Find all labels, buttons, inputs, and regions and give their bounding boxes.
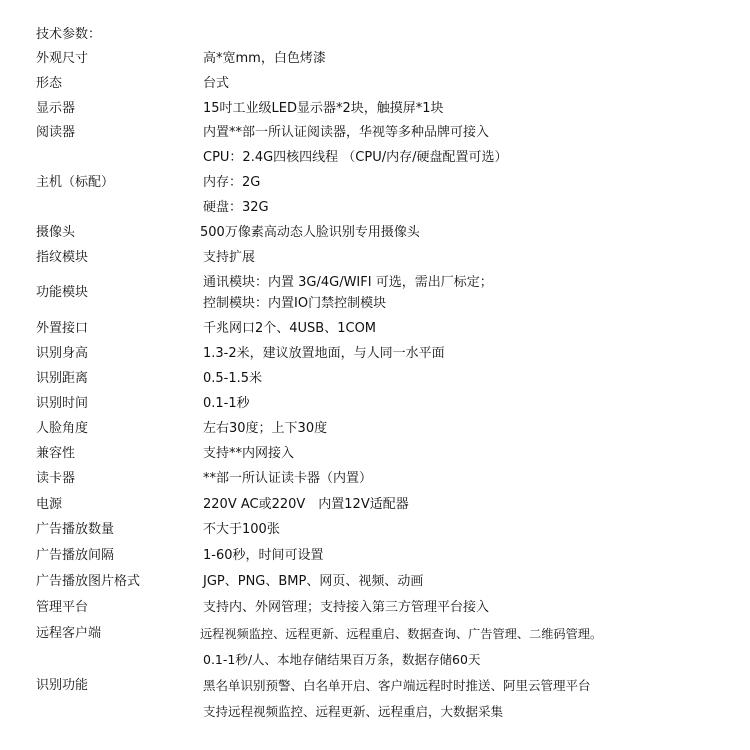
spec-label: 指纹模块 (36, 249, 88, 267)
spec-label: 广告播放图片格式 (36, 573, 140, 591)
spec-value: 1-60秒，时间可设置 (203, 547, 324, 565)
spec-label: 阅读器 (36, 124, 75, 142)
spec-label: 广告播放间隔 (36, 547, 114, 565)
spec-value: 内存：2G (203, 174, 260, 192)
spec-label: 识别身高 (36, 345, 88, 363)
spec-label: 广告播放数量 (36, 521, 114, 539)
spec-value: 支持内、外网管理；支持接入第三方管理平台接入 (203, 599, 489, 617)
spec-value: 支持**内网接入 (203, 445, 294, 463)
spec-value: 0.5-1.5米 (203, 370, 262, 388)
spec-value: 左右30度；上下30度 (203, 420, 327, 438)
spec-value: 1.3-2米，建议放置地面，与人同一水平面 (203, 345, 445, 363)
spec-label: 管理平台 (36, 599, 88, 617)
spec-label: 功能模块 (36, 284, 88, 302)
spec-label: 识别功能 (36, 677, 88, 695)
spec-value: 支持远程视频监控、远程更新、远程重启，大数据采集 (203, 703, 503, 721)
spec-value: 千兆网口2个、4USB、1COM (203, 320, 376, 338)
spec-value: 黑名单识别预警、白名单开启、客户端远程时时推送、阿里云管理平台 (203, 677, 591, 695)
spec-label: 识别距离 (36, 370, 88, 388)
spec-label: 形态 (36, 75, 62, 93)
spec-label: 识别时间 (36, 395, 88, 413)
spec-value: 硬盘：32G (203, 199, 269, 217)
spec-value: CPU：2.4G四核四线程 （CPU/内存/硬盘配置可选） (203, 149, 508, 167)
section-title: 技术参数： (36, 26, 101, 44)
spec-label: 外置接口 (36, 320, 88, 338)
spec-value: JGP、PNG、BMP、网页、视频、动画 (203, 573, 423, 591)
spec-value: 0.1-1秒 (203, 395, 250, 413)
spec-value: 不大于100张 (203, 521, 280, 539)
spec-value: 控制模块：内置IO门禁控制模块 (203, 295, 386, 313)
spec-value: **部一所认证读卡器（内置） (203, 470, 372, 488)
spec-value: 内置**部一所认证阅读器，华视等多种品牌可接入 (203, 124, 489, 142)
spec-value: 0.1-1秒/人、本地存储结果百万条，数据存储60天 (203, 651, 480, 669)
spec-value: 通讯模块：内置 3G/4G/WIFI 可选，需出厂标定； (203, 274, 493, 292)
spec-label: 外观尺寸 (36, 50, 88, 68)
spec-label: 人脸角度 (36, 420, 88, 438)
spec-value: 220V AC或220V 内置12V适配器 (203, 496, 409, 514)
spec-label: 电源 (36, 496, 62, 514)
spec-label: 显示器 (36, 100, 75, 118)
spec-label: 主机（标配） (36, 174, 114, 192)
spec-value: 500万像素高动态人脸识别专用摄像头 (200, 224, 420, 242)
spec-document: 技术参数： 外观尺寸 高*宽mm，白色烤漆 形态 台式 显示器 15吋工业级LE… (0, 0, 750, 750)
spec-label: 摄像头 (36, 224, 75, 242)
spec-value: 支持扩展 (203, 249, 255, 267)
spec-value: 远程视频监控、远程更新、远程重启、数据查询、广告管理、二维码管理。 (200, 625, 602, 643)
spec-label: 兼容性 (36, 445, 75, 463)
spec-value: 高*宽mm，白色烤漆 (203, 50, 326, 68)
spec-label: 远程客户端 (36, 625, 101, 643)
spec-label: 读卡器 (36, 470, 75, 488)
spec-value: 15吋工业级LED显示器*2块，触摸屏*1块 (203, 100, 444, 118)
spec-value: 台式 (203, 75, 229, 93)
